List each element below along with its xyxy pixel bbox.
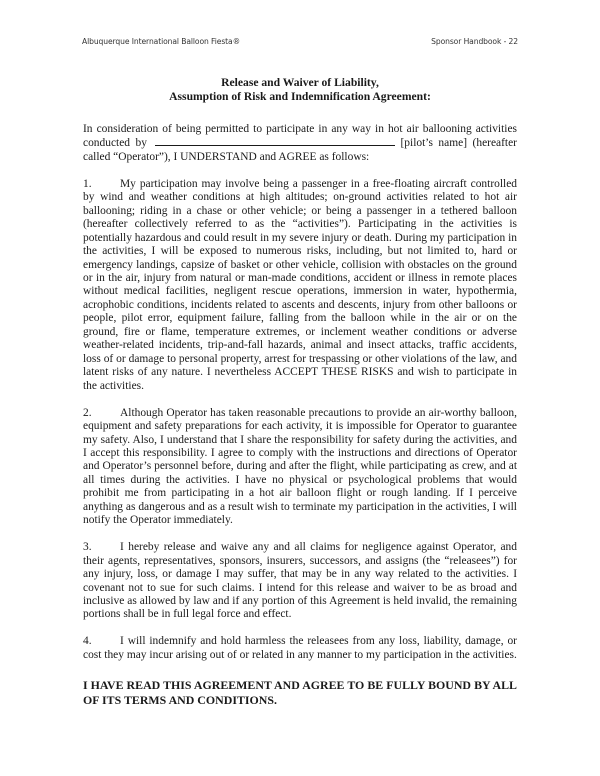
page-header: Albuquerque International Balloon Fiesta…	[82, 37, 518, 46]
pilot-name-blank-line	[155, 136, 395, 146]
intro-paragraph: In consideration of being permitted to p…	[83, 123, 517, 164]
section-text: I will indemnify and hold harmless the r…	[83, 635, 517, 660]
section-number: 3.	[83, 541, 120, 554]
section-number: 4.	[83, 635, 120, 648]
section-number: 1.	[83, 178, 120, 191]
document-body: Release and Waiver of Liability, Assumpt…	[83, 76, 517, 707]
section-text: I hereby release and waive any and all c…	[83, 541, 517, 620]
section-text: My participation may involve being a pas…	[83, 178, 517, 392]
section-4: 4.I will indemnify and hold harmless the…	[83, 635, 517, 662]
section-2: 2.Although Operator has taken reasonable…	[83, 407, 517, 528]
agreement-title: Release and Waiver of Liability, Assumpt…	[83, 76, 517, 104]
header-publication-title: Albuquerque International Balloon Fiesta…	[82, 37, 240, 46]
closing-statement: I HAVE READ THIS AGREEMENT AND AGREE TO …	[83, 678, 517, 706]
section-text: Although Operator has taken reasonable p…	[83, 407, 517, 527]
section-1: 1.My participation may involve being a p…	[83, 178, 517, 393]
section-number: 2.	[83, 407, 120, 420]
title-line-1: Release and Waiver of Liability,	[83, 76, 517, 90]
header-page-label: Sponsor Handbook - 22	[431, 37, 518, 46]
section-3: 3.I hereby release and waive any and all…	[83, 541, 517, 622]
title-line-2: Assumption of Risk and Indemnification A…	[83, 90, 517, 104]
